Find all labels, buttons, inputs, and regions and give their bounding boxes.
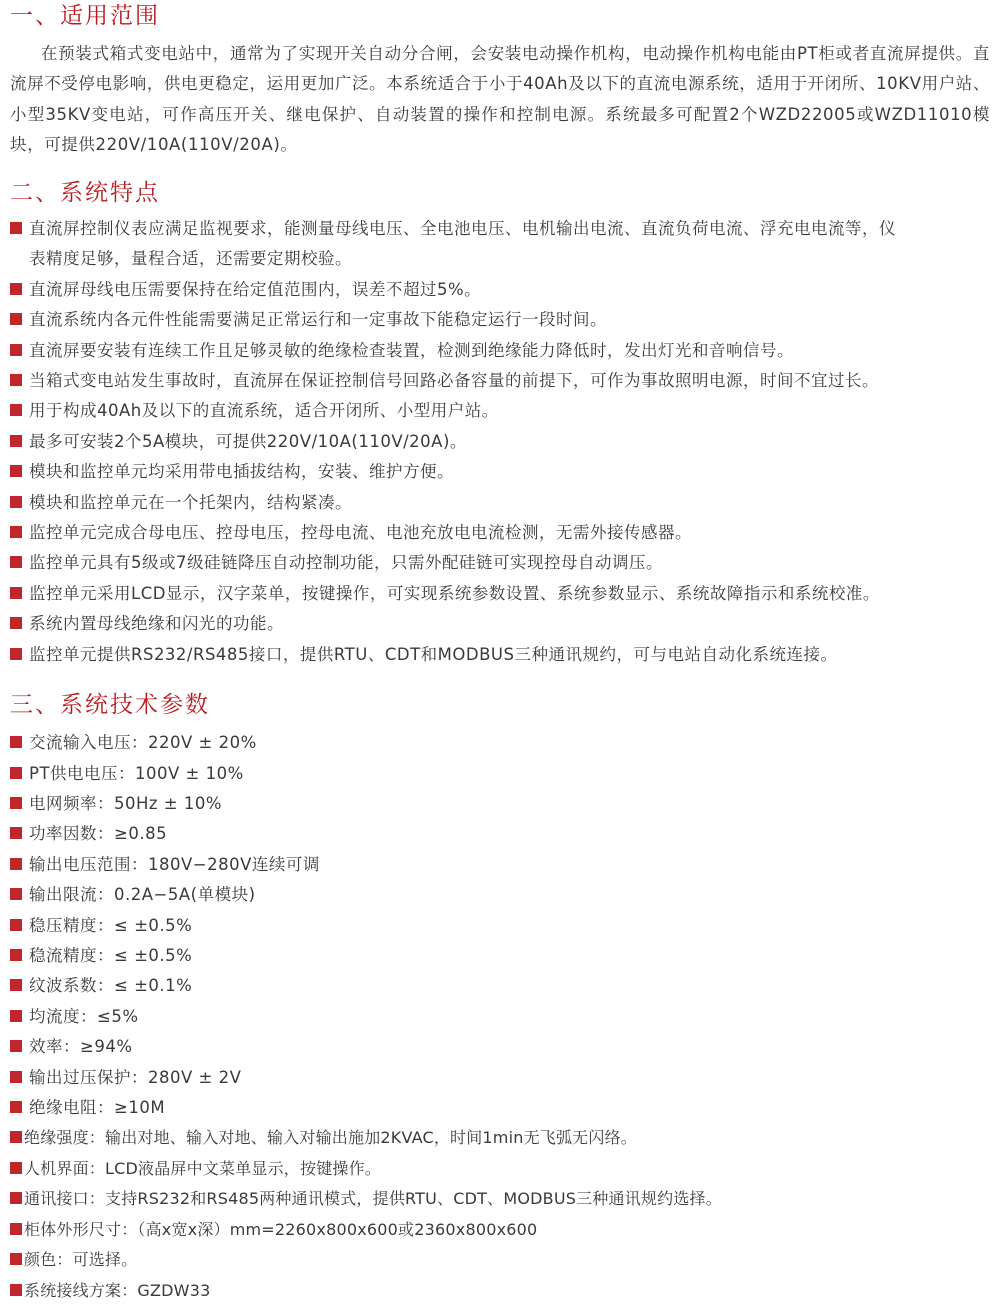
param-item: 纹波系数：≤ ±0.1%: [10, 971, 990, 1001]
square-bullet-icon: [10, 617, 22, 629]
square-bullet-icon: [10, 1010, 22, 1022]
square-bullet-icon: [10, 1131, 22, 1143]
param-item: 功率因数：≥0.85: [10, 819, 990, 849]
square-bullet-icon: [10, 1192, 22, 1204]
feature-item: 监控单元完成合母电压、控母电压，控母电流、电池充放电电流检测，无需外接传感器。: [10, 518, 990, 548]
feature-item: 监控单元具有5级或7级硅链降压自动控制功能，只需外配硅链可实现控母自动调压。: [10, 548, 990, 578]
square-bullet-icon: [10, 979, 22, 991]
param-item: 输出过压保护：280V ± 2V: [10, 1063, 990, 1093]
param-text: 纹波系数：≤ ±0.1%: [29, 976, 192, 995]
square-bullet-icon: [10, 344, 22, 356]
square-bullet-icon: [10, 919, 22, 931]
param-text: PT供电电压：100V ± 10%: [29, 764, 244, 783]
feature-text: 模块和监控单元在一个托架内，结构紧凑。: [29, 493, 352, 512]
feature-item: 当箱式变电站发生事故时，直流屏在保证控制信号回路必备容量的前提下，可作为事故照明…: [10, 366, 990, 396]
square-bullet-icon: [10, 556, 22, 568]
param-item: 柜体外形尺寸：（高x宽x深）mm=2260x800x600或2360x800x6…: [10, 1215, 990, 1245]
param-item: 通讯接口：支持RS232和RS485两种通讯模式，提供RTU、CDT、MODBU…: [10, 1184, 990, 1214]
param-item: 人机界面：LCD液晶屏中文菜单显示，按键操作。: [10, 1154, 990, 1184]
square-bullet-icon: [10, 1040, 22, 1052]
square-bullet-icon: [10, 1253, 22, 1265]
param-text: 柜体外形尺寸：（高x宽x深）mm=2260x800x600或2360x800x6…: [24, 1220, 537, 1239]
square-bullet-icon: [10, 1101, 22, 1113]
square-bullet-icon: [10, 374, 22, 386]
feature-text: 直流系统内各元件性能需要满足正常运行和一定事故下能稳定运行一段时间。: [29, 310, 607, 329]
param-text: 绝缘电阻：≥10M: [29, 1098, 165, 1117]
param-text: 输出过压保护：280V ± 2V: [29, 1068, 241, 1087]
square-bullet-icon: [10, 648, 22, 660]
param-item: 绝缘电阻：≥10M: [10, 1093, 990, 1123]
param-text: 电网频率：50Hz ± 10%: [29, 794, 222, 813]
square-bullet-icon: [10, 283, 22, 295]
feature-text-continued: 表精度足够，量程合适，还需要定期校验。: [10, 244, 990, 274]
feature-text: 监控单元采用LCD显示，汉字菜单，按键操作，可实现系统参数设置、系统参数显示、系…: [29, 584, 880, 603]
section-title-tech-params: 三、系统技术参数: [10, 690, 210, 720]
square-bullet-icon: [10, 404, 22, 416]
feature-item: 监控单元采用LCD显示，汉字菜单，按键操作，可实现系统参数设置、系统参数显示、系…: [10, 579, 990, 609]
square-bullet-icon: [10, 313, 22, 325]
section-title-scope: 一、适用范围: [10, 1, 160, 31]
feature-item: 最多可安装2个5A模块，可提供220V/10A(110V/20A)。: [10, 427, 990, 457]
feature-text: 模块和监控单元均采用带电插拔结构，安装、维护方便。: [29, 462, 454, 481]
feature-item: 直流屏要安装有连续工作且足够灵敏的绝缘检查装置，检测到绝缘能力降低时，发出灯光和…: [10, 336, 990, 366]
param-item: 输出电压范围：180V−280V连续可调: [10, 850, 990, 880]
feature-item: 直流系统内各元件性能需要满足正常运行和一定事故下能稳定运行一段时间。: [10, 305, 990, 335]
feature-item: 模块和监控单元均采用带电插拔结构，安装、维护方便。: [10, 457, 990, 487]
square-bullet-icon: [10, 1071, 22, 1083]
param-item: 效率：≥94%: [10, 1032, 990, 1062]
param-text: 系统接线方案：GZDW33: [24, 1281, 210, 1300]
square-bullet-icon: [10, 736, 22, 748]
feature-text: 用于构成40Ah及以下的直流系统，适合开闭所、小型用户站。: [29, 401, 499, 420]
feature-text: 直流屏母线电压需要保持在给定值范围内，误差不超过5%。: [29, 280, 481, 299]
square-bullet-icon: [10, 949, 22, 961]
square-bullet-icon: [10, 435, 22, 447]
param-item: PT供电电压：100V ± 10%: [10, 759, 990, 789]
square-bullet-icon: [10, 767, 22, 779]
param-item: 输出限流：0.2A−5A(单模块): [10, 880, 990, 910]
param-text: 均流度：≤5%: [29, 1007, 139, 1026]
param-text: 输出电压范围：180V−280V连续可调: [29, 855, 320, 874]
feature-item: 模块和监控单元在一个托架内，结构紧凑。: [10, 488, 990, 518]
square-bullet-icon: [10, 1284, 22, 1296]
feature-text: 直流屏要安装有连续工作且足够灵敏的绝缘检查装置，检测到绝缘能力降低时，发出灯光和…: [29, 341, 794, 360]
section-title-features: 二、系统特点: [10, 178, 160, 208]
feature-text: 监控单元完成合母电压、控母电压，控母电流、电池充放电电流检测，无需外接传感器。: [29, 523, 692, 542]
param-text: 稳流精度：≤ ±0.5%: [29, 946, 192, 965]
param-item: 系统接线方案：GZDW33: [10, 1276, 990, 1306]
param-text: 稳压精度：≤ ±0.5%: [29, 916, 192, 935]
square-bullet-icon: [10, 526, 22, 538]
square-bullet-icon: [10, 858, 22, 870]
feature-item: 监控单元提供RS232/RS485接口，提供RTU、CDT和MODBUS三种通讯…: [10, 640, 990, 670]
param-item: 稳压精度：≤ ±0.5%: [10, 911, 990, 941]
feature-item: 用于构成40Ah及以下的直流系统，适合开闭所、小型用户站。: [10, 396, 990, 426]
feature-text: 监控单元具有5级或7级硅链降压自动控制功能，只需外配硅链可实现控母自动调压。: [29, 553, 663, 572]
param-text: 效率：≥94%: [29, 1037, 133, 1056]
feature-text: 系统内置母线绝缘和闪光的功能。: [29, 614, 284, 633]
param-item: 稳流精度：≤ ±0.5%: [10, 941, 990, 971]
square-bullet-icon: [10, 827, 22, 839]
param-item: 均流度：≤5%: [10, 1002, 990, 1032]
param-text: 交流输入电压：220V ± 20%: [29, 733, 257, 752]
square-bullet-icon: [10, 1223, 22, 1235]
square-bullet-icon: [10, 465, 22, 477]
param-text: 人机界面：LCD液晶屏中文菜单显示，按键操作。: [24, 1159, 381, 1178]
feature-text: 当箱式变电站发生事故时，直流屏在保证控制信号回路必备容量的前提下，可作为事故照明…: [29, 371, 879, 390]
scope-paragraph: 在预装式箱式变电站中，通常为了实现开关自动分合闸，会安装电动操作机构，电动操作机…: [10, 39, 990, 160]
param-text: 通讯接口：支持RS232和RS485两种通讯模式，提供RTU、CDT、MODBU…: [24, 1189, 722, 1208]
param-text: 绝缘强度：输出对地、输入对地、输入对输出施加2KVAC，时间1min无飞弧无闪络…: [24, 1128, 637, 1147]
square-bullet-icon: [10, 587, 22, 599]
square-bullet-icon: [10, 496, 22, 508]
param-text: 输出限流：0.2A−5A(单模块): [29, 885, 256, 904]
param-item: 绝缘强度：输出对地、输入对地、输入对输出施加2KVAC，时间1min无飞弧无闪络…: [10, 1123, 990, 1153]
param-item: 颜色：可选择。: [10, 1245, 990, 1275]
feature-item: 系统内置母线绝缘和闪光的功能。: [10, 609, 990, 639]
square-bullet-icon: [10, 222, 22, 234]
square-bullet-icon: [10, 888, 22, 900]
feature-item: 直流屏控制仪表应满足监视要求，能测量母线电压、全电池电压、电机输出电流、直流负荷…: [10, 214, 990, 275]
feature-text: 监控单元提供RS232/RS485接口，提供RTU、CDT和MODBUS三种通讯…: [29, 645, 837, 664]
square-bullet-icon: [10, 797, 22, 809]
param-text: 颜色：可选择。: [24, 1250, 137, 1269]
param-text: 功率因数：≥0.85: [29, 824, 167, 843]
feature-text: 最多可安装2个5A模块，可提供220V/10A(110V/20A)。: [29, 432, 467, 451]
param-item: 电网频率：50Hz ± 10%: [10, 789, 990, 819]
param-item: 交流输入电压：220V ± 20%: [10, 728, 990, 758]
square-bullet-icon: [10, 1162, 22, 1174]
feature-item: 直流屏母线电压需要保持在给定值范围内，误差不超过5%。: [10, 275, 990, 305]
feature-text: 直流屏控制仪表应满足监视要求，能测量母线电压、全电池电压、电机输出电流、直流负荷…: [29, 219, 896, 238]
